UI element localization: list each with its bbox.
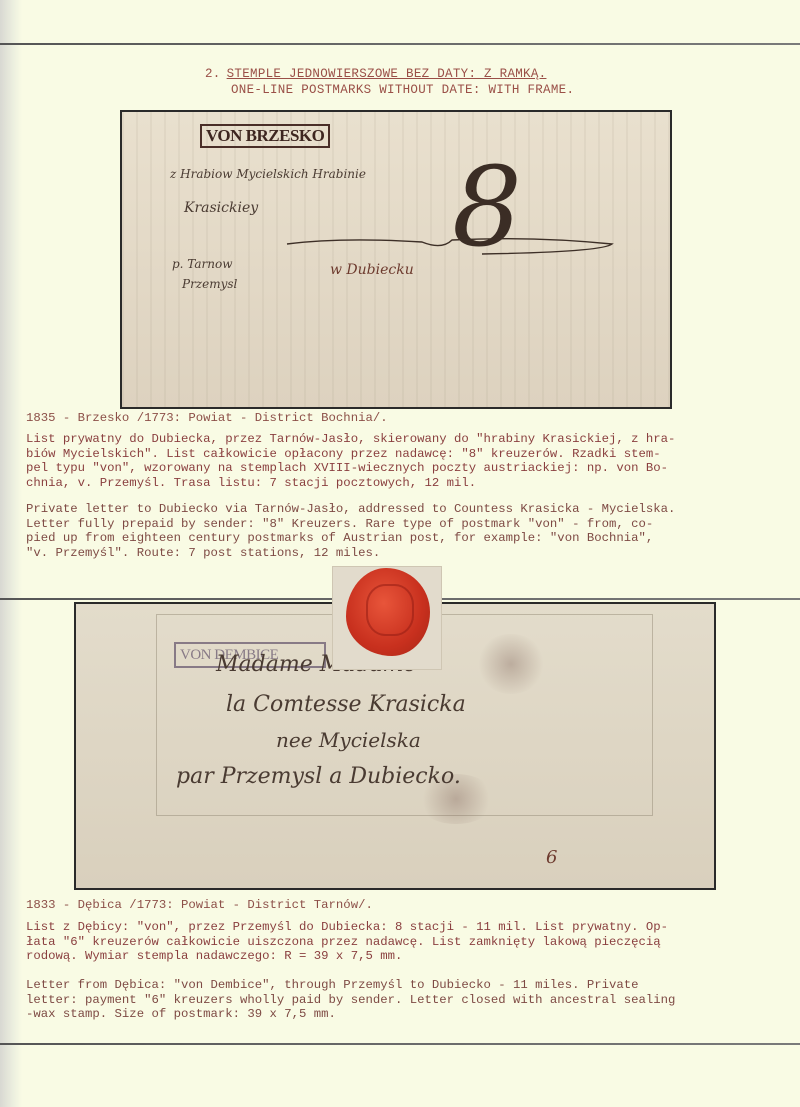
top-divider (0, 43, 800, 45)
text-line: -wax stamp. Size of postmark: 39 x 7,5 m… (26, 1007, 336, 1021)
page-heading: 2.STEMPLE JEDNOWIERSZOWE BEZ DATY: Z RAM… (205, 66, 625, 98)
postal-cover-brzesko: VON BRZESKO z Hrabiow Mycielskich Hrabin… (120, 110, 672, 409)
text-line: "v. Przemyśl". Route: 7 post stations, 1… (26, 546, 380, 560)
item-1-caption-title: 1835 - Brzesko /1773: Powiat - District … (26, 411, 796, 425)
text-line: Letter from Dębica: "von Dembice", throu… (26, 978, 639, 992)
text-line: Private letter to Dubiecko via Tarnów-Ja… (26, 502, 675, 516)
bottom-divider (0, 1043, 800, 1045)
item-2-description-english: Letter from Dębica: "von Dembice", throu… (26, 978, 796, 1022)
item-2-description-polish: List z Dębicy: "von", przez Przemyśl do … (26, 920, 796, 964)
wax-seal-crest-icon (366, 584, 414, 636)
address-line-2: Krasickiey (184, 200, 258, 216)
text-line: List prywatny do Dubiecka, przez Tarnów-… (26, 432, 675, 446)
address-line-4: par Przemysl a Dubiecko. (176, 764, 461, 789)
destination-line: w Dubiecku (330, 262, 414, 278)
address-line-3: nee Mycielska (276, 728, 421, 752)
postmark-von-brzesko: VON BRZESKO (200, 124, 330, 148)
item-2-caption-title: 1833 - Dębica /1773: Powiat - District T… (26, 898, 796, 912)
item-1-description-english: Private letter to Dubiecko via Tarnów-Ja… (26, 502, 796, 560)
heading-polish: STEMPLE JEDNOWIERSZOWE BEZ DATY: Z RAMKĄ… (227, 67, 547, 81)
text-line: rodową. Wymiar stempla nadawczego: R = 3… (26, 949, 402, 963)
section-number: 2. (205, 67, 221, 81)
route-line-1: p. Tarnow (172, 257, 233, 271)
text-line: biów Mycielskich". List całkowicie opłac… (26, 447, 661, 461)
text-line: chnia, v. Przemyśl. Trasa listu: 7 stacj… (26, 476, 476, 490)
heading-english: ONE-LINE POSTMARKS WITHOUT DATE: WITH FR… (205, 82, 625, 98)
text-line: pel typu "von", wzorowany na stemplach X… (26, 461, 668, 475)
text-line: List z Dębicy: "von", przez Przemyśl do … (26, 920, 668, 934)
route-line-2: Przemysl (182, 277, 237, 291)
address-line-2: la Comtesse Krasicka (226, 692, 466, 717)
rate-marking-6: 6 (546, 847, 557, 868)
stain (476, 634, 546, 694)
text-line: łata "6" kreuzerów całkowicie uiszczona … (26, 935, 661, 949)
text-line: letter: payment "6" kreuzers wholly paid… (26, 993, 675, 1007)
flourish-icon (282, 232, 622, 262)
text-line: pied up from eighteen century postmarks … (26, 531, 653, 545)
album-page-edge (0, 0, 22, 1107)
address-line-1: z Hrabiow Mycielskich Hrabinie (170, 167, 366, 181)
text-line: Letter fully prepaid by sender: "8" Kreu… (26, 517, 653, 531)
item-1-description-polish: List prywatny do Dubiecka, przez Tarnów-… (26, 432, 796, 490)
